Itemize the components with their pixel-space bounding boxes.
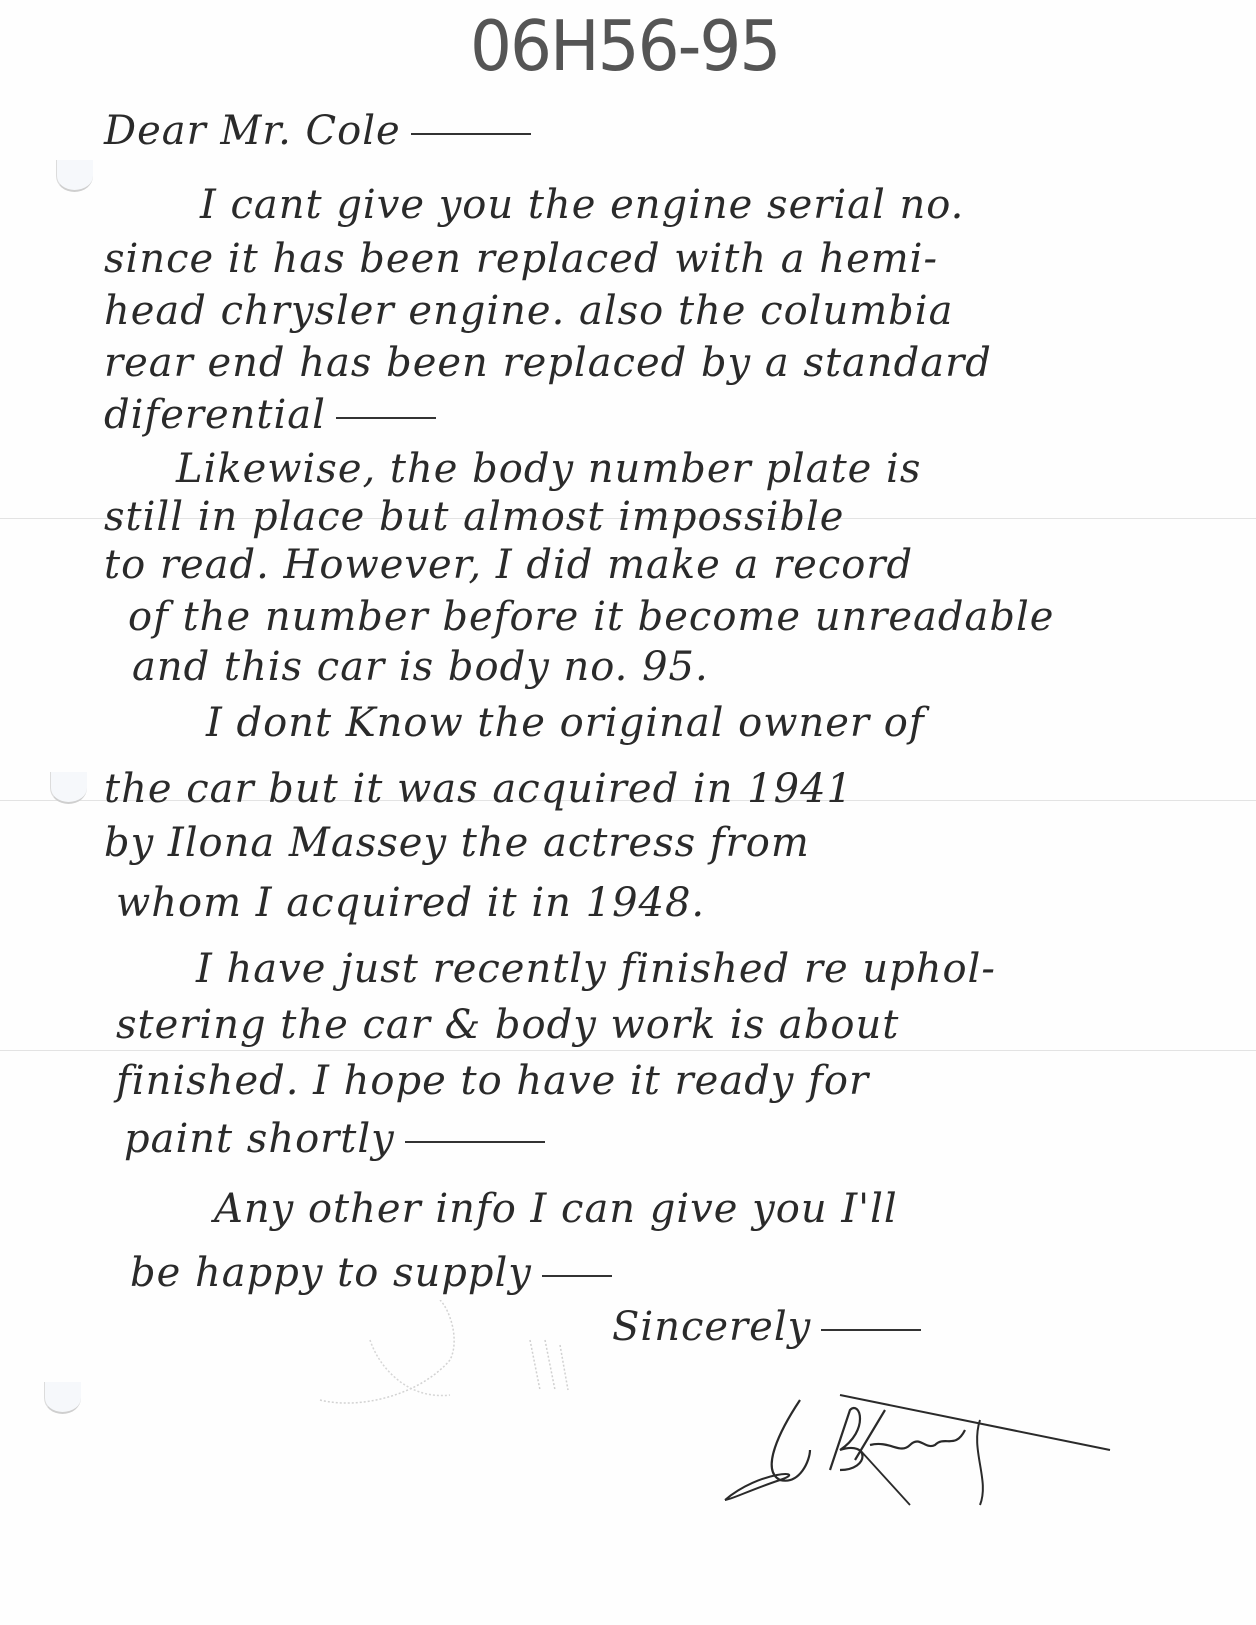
signature [720, 1390, 1120, 1510]
reference-number: 06H56-95 [470, 6, 779, 87]
flourish-dash [405, 1141, 545, 1143]
letter-line-with-dash: be happy to supply [130, 1250, 612, 1296]
letter-line: Any other info I can give you I'll [214, 1186, 898, 1232]
letter-line: stering the car & body work is about [116, 1002, 899, 1048]
salutation-text: Dear Mr. Cole [104, 108, 401, 154]
letter-line: to read. However, I did make a record [104, 542, 913, 588]
hole-punch-middle [50, 772, 87, 804]
flourish-dash [542, 1275, 612, 1277]
letter-line: and this car is body no. 95. [132, 644, 709, 690]
flourish-dash [411, 133, 531, 135]
letter-line: of the number before it become unreadabl… [128, 594, 1054, 640]
flourish-dash [336, 417, 436, 419]
letter-line: I dont Know the original owner of [206, 700, 925, 746]
bleed-through-mark [300, 1300, 580, 1410]
letter-line: I cant give you the engine serial no. [200, 182, 964, 228]
letter-line: Likewise, the body number plate is [176, 446, 921, 492]
letter-line: diferential [104, 392, 326, 438]
letter-line: the car but it was acquired in 1941 [104, 766, 853, 812]
letter-line: still in place but almost impossible [104, 494, 844, 540]
hole-punch-top [56, 160, 93, 192]
letter-line-with-dash: paint shortly [124, 1116, 545, 1162]
letter-line: paint shortly [124, 1116, 395, 1162]
letter-page: 06H56-95 Dear Mr. Cole I cant give you t… [0, 0, 1256, 1625]
letter-line: head chrysler engine. also the columbia [104, 288, 953, 334]
hole-punch-bottom [44, 1382, 81, 1414]
closing: Sincerely [612, 1304, 921, 1350]
salutation: Dear Mr. Cole [104, 108, 531, 154]
flourish-dash [821, 1329, 921, 1331]
letter-line: finished. I hope to have it ready for [116, 1058, 869, 1104]
letter-line: I have just recently finished re uphol- [196, 946, 996, 992]
letter-line: since it has been replaced with a hemi- [104, 236, 938, 282]
letter-line-with-dash: diferential [104, 392, 436, 438]
closing-text: Sincerely [612, 1304, 811, 1350]
letter-line: by Ilona Massey the actress from [104, 820, 810, 866]
letter-line: be happy to supply [130, 1250, 532, 1296]
letter-line: rear end has been replaced by a standard [104, 340, 992, 386]
fold-line [0, 1050, 1256, 1051]
letter-line: whom I acquired it in 1948. [116, 880, 705, 926]
